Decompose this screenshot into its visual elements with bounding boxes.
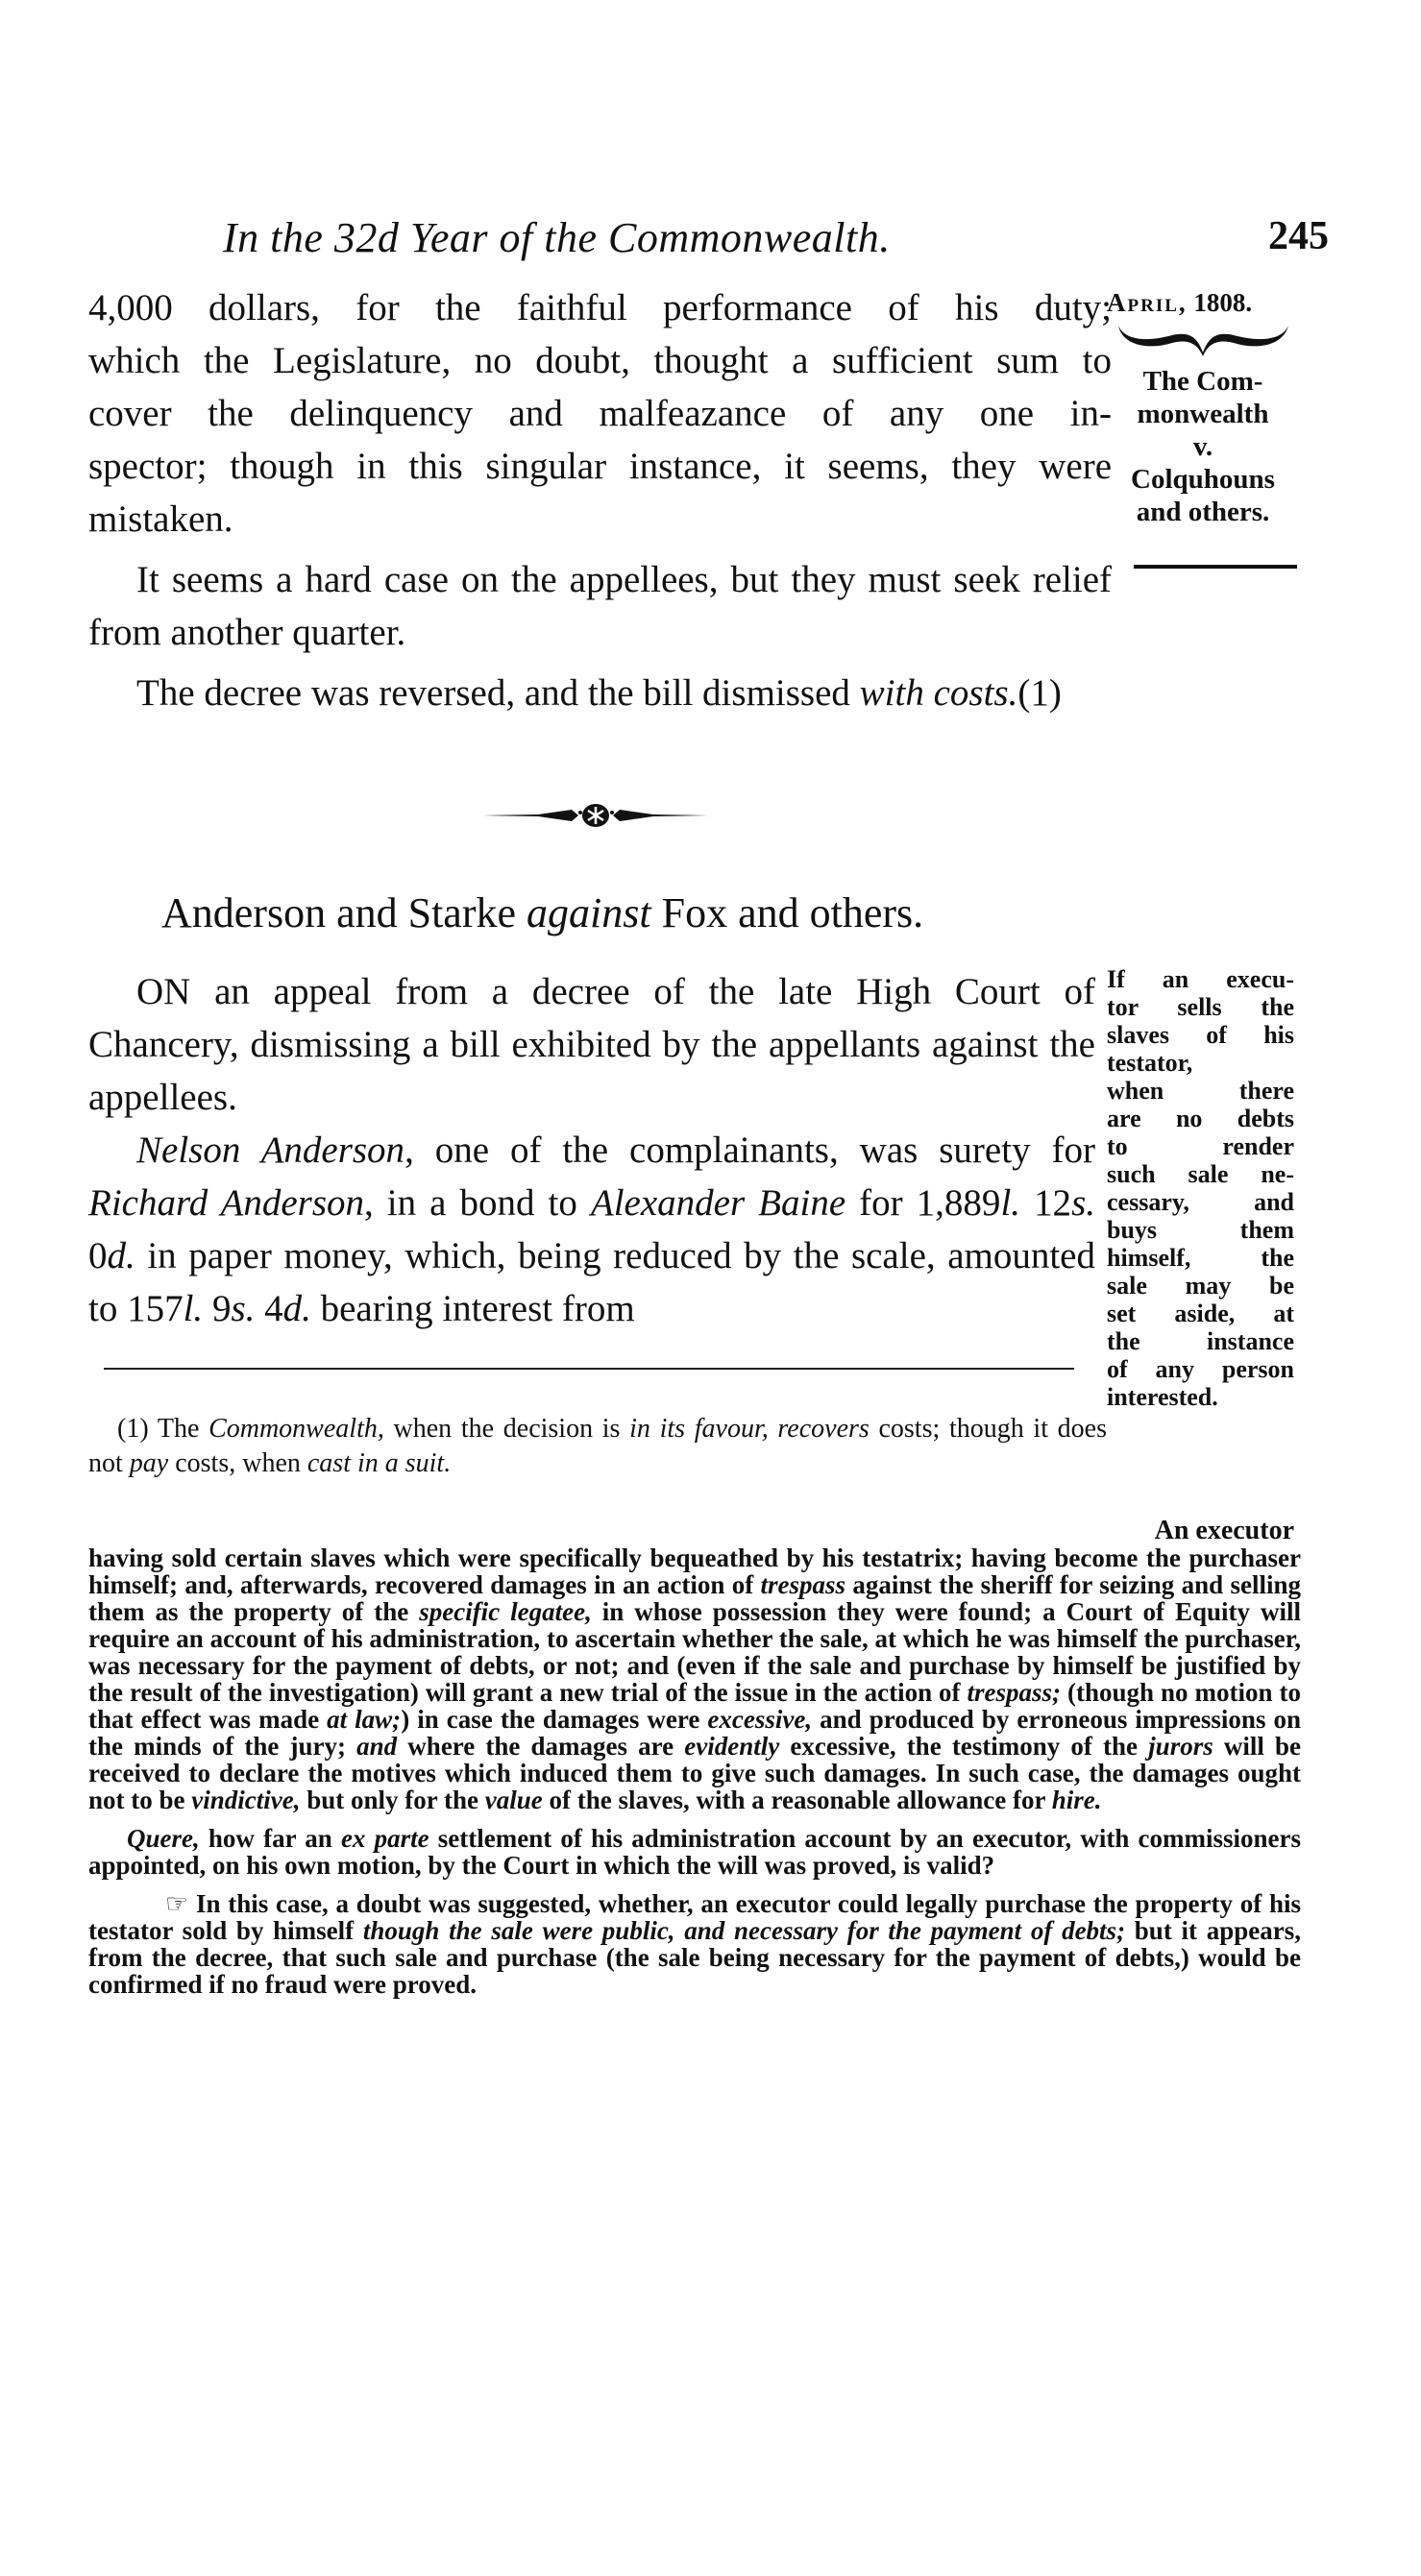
case-line: and others. [1107, 496, 1299, 528]
headnote-paragraph: Quere, how far an ex parte settlement of… [88, 1825, 1301, 1879]
margin-line: cessary, and [1107, 1188, 1294, 1216]
margin-line: the instance [1107, 1327, 1294, 1355]
margin-line: of any person [1107, 1355, 1294, 1383]
margin-line: interested. [1107, 1383, 1294, 1411]
margin-case-title: The Com- monwealth v. Colquhouns and oth… [1107, 365, 1299, 528]
margin-line: to render [1107, 1132, 1294, 1160]
margin-line: set aside, at [1107, 1300, 1294, 1327]
headnote: having sold certain slaves which were sp… [88, 1544, 1301, 2009]
headnote-paragraph: having sold certain slaves which were sp… [88, 1544, 1301, 1813]
running-head: In the 32d Year of the Commonwealth. [223, 213, 891, 262]
date-month: April, [1107, 288, 1188, 317]
footnote-ref: (1) [1017, 672, 1061, 714]
margin-line: If an execu- [1107, 965, 1294, 993]
case-body: ON an appeal from a decree of the late H… [88, 965, 1095, 1335]
margin-line: when there [1107, 1077, 1294, 1105]
case-line: Colquhouns [1107, 463, 1299, 496]
footnote: (1) The Commonwealth, when the decision … [88, 1412, 1107, 1481]
margin-line: sale may be [1107, 1272, 1294, 1300]
margin-line: himself, the [1107, 1244, 1294, 1272]
date-year: 1808. [1193, 288, 1252, 317]
case-line: v. [1107, 430, 1299, 463]
paragraph: ON an appeal from a decree of the late H… [88, 965, 1095, 1124]
margin-line: are no debts [1107, 1105, 1294, 1132]
margin-line: testator, [1107, 1049, 1294, 1077]
page-number: 245 [1268, 213, 1329, 259]
paragraph: The decree was reversed, and the bill di… [88, 667, 1112, 719]
margin-note: If an execu- tor sells the slaves of his… [1107, 965, 1294, 1411]
margin-date: April, 1808. [1107, 288, 1252, 318]
margin-line: tor sells the [1107, 993, 1294, 1021]
case-line: The Com- [1107, 365, 1299, 398]
curly-brace-icon [1115, 322, 1292, 360]
margin-line: slaves of his [1107, 1021, 1294, 1049]
pointing-hand-icon: ☞ [127, 1890, 188, 1917]
margin-line: buys them [1107, 1216, 1294, 1244]
margin-rule [1134, 565, 1297, 569]
paragraph: 4,000 dollars, for the faithful performa… [88, 281, 1112, 546]
case-line: monwealth [1107, 398, 1299, 430]
decorative-divider-icon [480, 800, 711, 831]
paragraph: It seems a hard case on the appellees, b… [88, 553, 1112, 659]
headnote-paragraph: ☞ In this case, a doubt was suggested, w… [88, 1890, 1301, 1998]
headnote-lead: An executor [1107, 1516, 1294, 1546]
prior-case-text: 4,000 dollars, for the faithful performa… [88, 281, 1112, 719]
footnote-rule [104, 1368, 1074, 1370]
case-heading: Anderson and Starke against Fox and othe… [161, 888, 923, 937]
margin-line: such sale ne- [1107, 1160, 1294, 1188]
paragraph: Nelson Anderson, one of the complainants… [88, 1124, 1095, 1335]
footnote-ref: (1) [88, 1414, 149, 1444]
